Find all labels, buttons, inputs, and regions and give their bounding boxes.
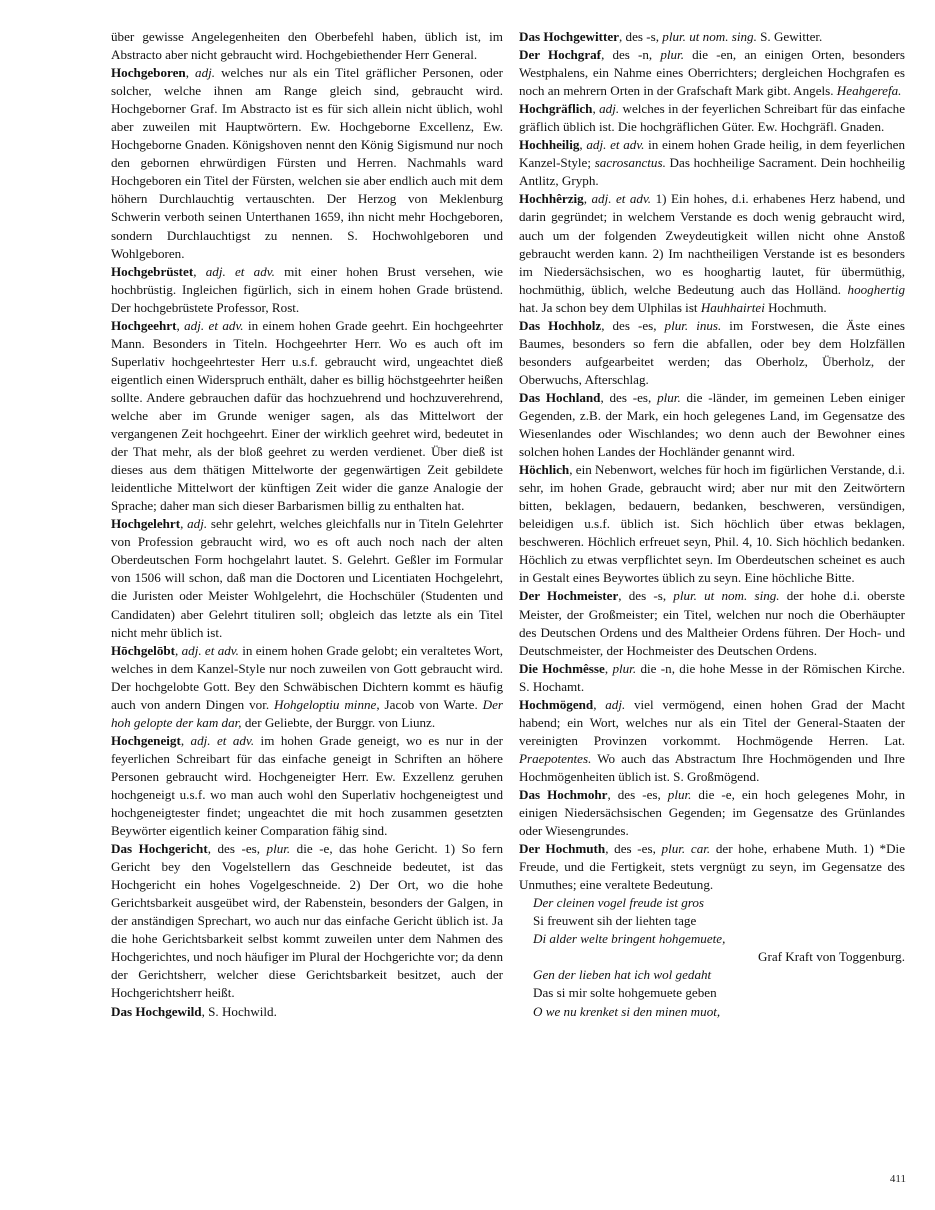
verse-line: Gen der lieben hat ich wol gedaht	[519, 966, 905, 984]
entry-text: , des -s,	[618, 588, 673, 603]
entry-italic: adj.	[195, 65, 215, 80]
verse-line: Di alder welte bringent hohgemuete,	[519, 930, 905, 948]
dictionary-entry: Der Hochmeister, des -s, plur. ut nom. s…	[519, 587, 905, 659]
entry-italic: plur.	[657, 390, 681, 405]
dictionary-entry: Hochgeehrt, adj. et adv. in einem hohen …	[111, 317, 503, 516]
entry-italic: plur.	[668, 787, 692, 802]
entry-text: , des -s,	[619, 29, 662, 44]
entry-italic: plur.	[267, 841, 291, 856]
entry-text: , des -es,	[600, 390, 657, 405]
entry-italic: plur. ut nom. sing.	[662, 29, 757, 44]
entry-text: sehr gelehrt, welches gleichfalls nur in…	[111, 516, 503, 639]
entry-text: ,	[593, 697, 605, 712]
entry-headword: Hochgeehrt	[111, 318, 176, 333]
entry-italic: hooghertig	[848, 282, 905, 297]
entry-headword: Das Hochgericht	[111, 841, 208, 856]
entry-text: über gewisse Angelegenheiten den Oberbef…	[111, 29, 503, 62]
dictionary-entry: Höchlich, ein Nebenwort, welches für hoc…	[519, 461, 905, 587]
entry-headword: Hōchgelōbt	[111, 643, 175, 658]
entry-italic: Praepotentes.	[519, 751, 591, 766]
entry-text: , ein Nebenwort, welches für hoch im fig…	[519, 462, 905, 585]
right-column: Das Hochgewitter, des -s, plur. ut nom. …	[519, 28, 905, 1021]
entry-headword: Hochheilig	[519, 137, 579, 152]
entry-text: die -e, das hohe Gericht. 1) So fern Ger…	[111, 841, 503, 1000]
entry-text: ,	[181, 733, 191, 748]
entry-headword: Hochgeboren	[111, 65, 186, 80]
entry-italic: sacrosanctus.	[595, 155, 666, 170]
entry-italic: adj. et adv.	[591, 191, 651, 206]
entry-text: Hochmuth.	[765, 300, 827, 315]
entry-italic: Hauhhairtei	[701, 300, 765, 315]
dictionary-entry: Das Hochgewitter, des -s, plur. ut nom. …	[519, 28, 905, 46]
entry-text: hat. Ja schon bey dem Ulphilas ist	[519, 300, 701, 315]
entry-italic: adj. et adv.	[184, 318, 243, 333]
entry-italic: Hohgeloptiu minne,	[274, 697, 380, 712]
verse-attribution: Graf Kraft von Toggenburg.	[519, 948, 905, 966]
entry-headword: Hochgräflich	[519, 101, 592, 116]
entry-italic: plur.	[612, 661, 636, 676]
entry-text: Jacob von Warte.	[380, 697, 483, 712]
right-column-entries: Das Hochgewitter, des -s, plur. ut nom. …	[519, 28, 905, 894]
verse-line: O we nu krenket si den minen muot,	[519, 1003, 905, 1021]
dictionary-entry: Hochgelehrt, adj. sehr gelehrt, welches …	[111, 515, 503, 641]
page-number: 411	[890, 1173, 906, 1185]
entry-headword: Das Hochmohr	[519, 787, 607, 802]
entry-italic: plur.	[660, 47, 684, 62]
dictionary-entry: über gewisse Angelegenheiten den Oberbef…	[111, 28, 503, 64]
entry-text: ,	[193, 264, 206, 279]
verse-line: Si freuwent sih der liehten tage	[519, 912, 905, 930]
entry-text: , des -es,	[208, 841, 267, 856]
entry-headword: Hochmögend	[519, 697, 593, 712]
entry-headword: Das Hochholz	[519, 318, 601, 333]
dictionary-entry: Der Hochmuth, des -es, plur. car. der ho…	[519, 840, 905, 894]
entry-headword: Höchlich	[519, 462, 569, 477]
entry-headword: Hochgelehrt	[111, 516, 180, 531]
dictionary-entry: Die Hochmêsse, plur. die -n, die hohe Me…	[519, 660, 905, 696]
entry-italic: adj.	[599, 101, 619, 116]
dictionary-entry: Hochgeboren, adj. welches nur als ein Ti…	[111, 64, 503, 263]
entry-text: ,	[175, 643, 182, 658]
entry-italic: adj. et adv.	[206, 264, 275, 279]
verse-quotation: Der cleinen vogel freude ist grosSi freu…	[519, 894, 905, 1020]
dictionary-entry: Das Hochmohr, des -es, plur. die -e, ein…	[519, 786, 905, 840]
entry-italic: Heahgerefa.	[837, 83, 902, 98]
entry-text: ,	[186, 65, 195, 80]
dictionary-entry: Hochheilig, adj. et adv. in einem hohen …	[519, 136, 905, 190]
entry-text: , des -es,	[607, 787, 667, 802]
dictionary-entry: Der Hochgraf, des -n, plur. die -en, an …	[519, 46, 905, 100]
entry-italic: adj.	[605, 697, 625, 712]
entry-headword: Der Hochmeister	[519, 588, 618, 603]
left-column: über gewisse Angelegenheiten den Oberbef…	[111, 28, 503, 1021]
dictionary-entry: Hochgräflich, adj. welches in der feyerl…	[519, 100, 905, 136]
entry-text: , des -es,	[601, 318, 664, 333]
dictionary-entry: Hochgebrüstet, adj. et adv. mit einer ho…	[111, 263, 503, 317]
entry-headword: Das Hochgewitter	[519, 29, 619, 44]
dictionary-entry: Hōchgelōbt, adj. et adv. in einem hohen …	[111, 642, 503, 732]
entry-text: welches nur als ein Titel gräflicher Per…	[111, 65, 503, 260]
entry-headword: Hochhêrzig	[519, 191, 584, 206]
dictionary-entry: Das Hochland, des -es, plur. die -länder…	[519, 389, 905, 461]
entry-headword: Der Hochmuth	[519, 841, 605, 856]
entry-headword: Hochgeneigt	[111, 733, 181, 748]
verse-line: Das si mir solte hohgemuete geben	[519, 984, 905, 1002]
entry-text: , des -n,	[601, 47, 660, 62]
entry-text: , S. Hochwild.	[202, 1004, 277, 1019]
entry-headword: Die Hochmêsse	[519, 661, 605, 676]
entry-italic: adj.	[187, 516, 207, 531]
entry-italic: plur. ut nom. sing.	[673, 588, 779, 603]
entry-text: im hohen Grade geneigt, wo es nur in der…	[111, 733, 503, 838]
dictionary-entry: Das Hochgewild, S. Hochwild.	[111, 1003, 503, 1021]
entry-text: in einem hohen Grade geehrt. Ein hochgee…	[111, 318, 503, 513]
entry-text: ,	[176, 318, 184, 333]
dictionary-entry: Hochhêrzig, adj. et adv. 1) Ein hohes, d…	[519, 190, 905, 316]
entry-italic: plur. car.	[662, 841, 711, 856]
entry-headword: Das Hochgewild	[111, 1004, 202, 1019]
entry-headword: Hochgebrüstet	[111, 264, 193, 279]
entry-text: , des -es,	[605, 841, 661, 856]
verse-line: Der cleinen vogel freude ist gros	[519, 894, 905, 912]
entry-text: S. Gewitter.	[757, 29, 822, 44]
entry-headword: Das Hochland	[519, 390, 600, 405]
dictionary-page: über gewisse Angelegenheiten den Oberbef…	[0, 0, 935, 1210]
entry-italic: adj. et adv.	[191, 733, 255, 748]
dictionary-entry: Das Hochgericht, des -es, plur. die -e, …	[111, 840, 503, 1002]
dictionary-entry: Das Hochholz, des -es, plur. inus. im Fo…	[519, 317, 905, 389]
entry-text: der Geliebte, der Burggr. von Liunz.	[242, 715, 436, 730]
entry-headword: Der Hochgraf	[519, 47, 601, 62]
dictionary-entry: Hochgeneigt, adj. et adv. im hohen Grade…	[111, 732, 503, 840]
entry-italic: plur. inus.	[665, 318, 722, 333]
entry-italic: adj. et adv.	[182, 643, 239, 658]
entry-italic: adj. et adv.	[586, 137, 644, 152]
dictionary-entry: Hochmögend, adj. viel vermögend, einen h…	[519, 696, 905, 786]
